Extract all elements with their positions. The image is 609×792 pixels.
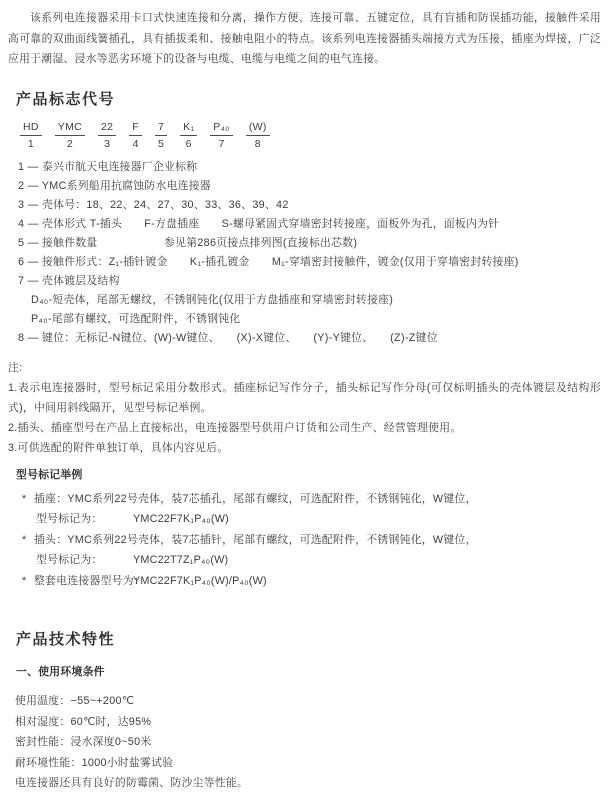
marking-item: 2 — YMC系列船用抗腐蚀防水电连接器: [18, 177, 601, 196]
fraction-bottom: 1: [28, 136, 34, 150]
fraction-bottom: 4: [133, 136, 139, 150]
fraction-top: 22: [98, 121, 116, 136]
env-conditions-subheading: 一、使用环境条件: [16, 665, 601, 679]
spec-line-temperature: 使用温度：−55~+200℃: [15, 691, 601, 712]
examples-section: * 插座：YMC系列22号壳体，装7芯插孔，尾部有螺纹，可选配附件，不锈钢钝化，…: [8, 489, 601, 592]
fraction-top: HD: [20, 121, 42, 136]
marking-item: 7 — 壳体镀层及结构: [18, 272, 601, 291]
bullet-star: *: [22, 571, 34, 592]
example-model-label: 型号标记为：: [36, 509, 133, 530]
example-desc-row: * 插头：YMC系列22号壳体，装7芯插针，尾部有螺纹，可选配附件，不锈钢钝化，…: [8, 530, 601, 551]
marking-item: 1 — 泰兴市航天电连接器厂企业标称: [18, 158, 601, 177]
example-desc-row: * 插座：YMC系列22号壳体，装7芯插孔，尾部有螺纹，可选配附件，不锈钢钝化，…: [8, 489, 601, 510]
fraction-bottom: 8: [255, 136, 261, 150]
fraction-bottom: 7: [219, 136, 225, 150]
spec-line-environment: 耐环境性能：1000小时盐雾试验: [15, 753, 601, 774]
code-fraction: 7 5: [155, 121, 167, 150]
bullet-star: *: [22, 530, 34, 551]
spec-line-other: 电连接器还具有良好的防霉菌、防沙尘等性能。: [15, 773, 601, 792]
section-heading-marking-code: 产品标志代号: [16, 91, 601, 109]
fraction-top: (W): [246, 121, 270, 136]
document-page: 该系列电连接器采用卡口式快速连接和分离，操作方便、连接可靠、五键定位，具有盲插和…: [0, 0, 609, 792]
code-fraction: K₁ 6: [180, 121, 197, 150]
code-fraction-row: HD 1 YMC 2 22 3 F 4 7 5 K₁ 6 P₄₀ 7 (W) 8: [20, 121, 601, 150]
spec-line-humidity: 相对湿度：60℃时，达95%: [15, 712, 601, 733]
fraction-top: 7: [155, 121, 167, 136]
fraction-top: K₁: [180, 121, 197, 136]
code-fraction: HD 1: [20, 121, 42, 150]
example-model-label: 型号标记为：: [36, 550, 133, 571]
fraction-top: P₄₀: [210, 121, 233, 136]
marking-item-sub: P₄₀-尾部有螺纹，可选配附件，不锈钢钝化: [31, 310, 601, 329]
example-model-code: YMC22T7Z₁P₄₀(W): [133, 550, 228, 571]
example-model-row: 型号标记为： YMC22T7Z₁P₄₀(W): [8, 550, 601, 571]
note-item: 3.可供选配的附件单独订单，具体内容见后。: [8, 438, 601, 458]
code-fraction: (W) 8: [246, 121, 270, 150]
marking-item: 6 — 接触件形式：Z₁-插针镀金 K₁-插孔镀金 M₁-穿墙密封接触件，镀金(…: [18, 253, 601, 272]
spec-list: 使用温度：−55~+200℃ 相对湿度：60℃时，达95% 密封性能：浸水深度0…: [15, 691, 601, 792]
examples-heading: 型号标记举例: [16, 468, 601, 482]
example-model-row: 型号标记为： YMC22F7K₁P₄₀(W): [8, 509, 601, 530]
code-fraction: P₄₀ 7: [210, 121, 233, 150]
spec-line-sealing: 密封性能：浸水深度0~50米: [15, 732, 601, 753]
notes-section: 注: 1.表示电连接器时，型号标记采用分数形式。插座标记写作分子，插头标记写作分…: [8, 358, 601, 458]
fraction-top: F: [129, 121, 142, 136]
section-heading-tech-characteristics: 产品技术特性: [16, 631, 601, 649]
marking-item: 3 — 壳体号：18、22、24、27、30、33、36、39、42: [18, 196, 601, 215]
example-model-label: 整套电连接器型号为：: [34, 571, 133, 592]
fraction-bottom: 6: [186, 136, 192, 150]
fraction-top: YMC: [55, 121, 85, 136]
bullet-star: *: [22, 489, 34, 510]
fraction-bottom: 3: [104, 136, 110, 150]
marking-item-sub: D₄₀-短壳体，尾部无螺纹，不锈钢钝化(仅用于方盘插座和穿墙密封转接座): [31, 291, 601, 310]
fraction-bottom: 2: [67, 136, 73, 150]
code-fraction: F 4: [129, 121, 142, 150]
note-item: 2.插头、插座型号在产品上直接标出，电连接器型号供用户订货和公司生产、经营管理使…: [8, 418, 601, 438]
fraction-bottom: 5: [158, 136, 164, 150]
marking-item: 5 — 接触件数量 参见第286页接点排列图(直接标出芯数): [18, 234, 601, 253]
example-model-code: YMC22F7K₁P₄₀(W): [133, 509, 229, 530]
example-desc-row: * 整套电连接器型号为： YMC22F7K₁P₄₀(W)/P₄₀(W): [8, 571, 601, 592]
notes-label: 注:: [8, 358, 601, 378]
example-desc: 插座：YMC系列22号壳体，装7芯插孔，尾部有螺纹，可选配附件，不锈钢钝化，W键…: [34, 489, 477, 510]
note-item: 1.表示电连接器时，型号标记采用分数形式。插座标记写作分子，插头标记写作分母(可…: [8, 378, 601, 418]
code-fraction: YMC 2: [55, 121, 85, 150]
marking-item-list: 1 — 泰兴市航天电连接器厂企业标称 2 — YMC系列船用抗腐蚀防水电连接器 …: [18, 158, 601, 348]
marking-item: 4 — 壳体形式 T-插头 F-方盘插座 S-螺母紧固式穿墙密封转接座，面板外为…: [18, 215, 601, 234]
example-model-code: YMC22F7K₁P₄₀(W)/P₄₀(W): [133, 571, 267, 592]
intro-paragraph: 该系列电连接器采用卡口式快速连接和分离，操作方便、连接可靠、五键定位，具有盲插和…: [8, 8, 601, 70]
marking-item: 8 — 键位：无标记-N键位、(W)-W键位、 (X)-X键位、 (Y)-Y键位…: [18, 329, 601, 348]
code-fraction: 22 3: [98, 121, 116, 150]
example-desc: 插头：YMC系列22号壳体，装7芯插针，尾部有螺纹，可选配附件，不锈钢钝化，W键…: [34, 530, 477, 551]
